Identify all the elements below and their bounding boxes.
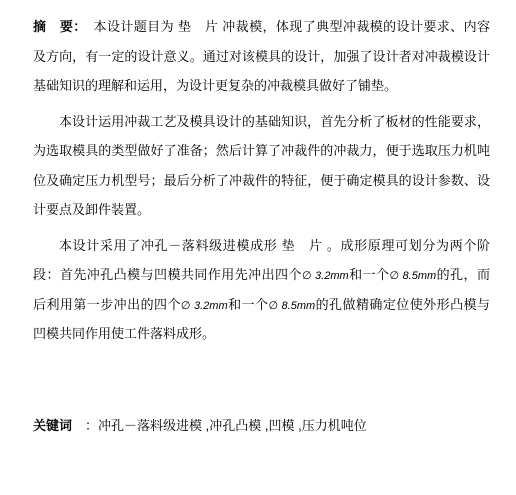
abstract-p1-line2: 及方向，有一定的设计意义。通过对该模具的设计，加强了设计者对冲裁模设计 <box>33 42 490 72</box>
keywords-label: 关键词 <box>33 418 72 433</box>
abstract-paragraph-3: 本设计采用了冲孔－落料级进模成形 垫 片 。成形原理可划分为两个阶 段：首先冲孔… <box>33 231 490 349</box>
abstract-p1-line1: 摘 要： 本设计题目为 垫 片 冲裁模，体现了典型冲裁模的设计要求、内容 <box>33 12 490 42</box>
keywords-separator: ： <box>72 418 98 433</box>
abstract-p3-line4: 凹模共同作用使工件落料成形。 <box>33 319 490 349</box>
abstract-p1-line1-text: 本设计题目为 垫 片 冲裁模，体现了典型冲裁模的设计要求、内容 <box>80 19 490 34</box>
diameter-value-3-2mm: ∅ 3.2mm <box>302 270 349 282</box>
diameter-value-8-5mm: ∅ 8.5mm <box>389 270 436 282</box>
abstract-label: 摘 要： <box>33 19 80 34</box>
abstract-p2-line4: 计要点及卸件装置。 <box>33 195 490 225</box>
diameter-value-8-5mm: ∅ 8.5mm <box>268 300 315 312</box>
abstract-page-content: 摘 要： 本设计题目为 垫 片 冲裁模，体现了典型冲裁模的设计要求、内容 及方向… <box>33 12 490 440</box>
abstract-p3-line2-b: 和一个 <box>349 267 390 282</box>
diameter-value-3-2mm: ∅ 3.2mm <box>181 300 228 312</box>
abstract-paragraph-1: 摘 要： 本设计题目为 垫 片 冲裁模，体现了典型冲裁模的设计要求、内容 及方向… <box>33 12 490 101</box>
abstract-p2-line1: 本设计运用冲裁工艺及模具设计的基础知识，首先分析了板材的性能要求， <box>33 107 490 137</box>
abstract-p3-line2: 段：首先冲孔凸模与凹模共同作用先冲出四个∅ 3.2mm和一个∅ 8.5mm的孔，… <box>33 260 490 290</box>
abstract-p3-line3-b: 和一个 <box>228 297 269 312</box>
keywords-text: 冲孔－落料级进模 ,冲孔凸模 ,凹模 ,压力机吨位 <box>98 418 367 433</box>
abstract-p3-line3-a: 后利用第一步冲出的四个 <box>33 297 181 312</box>
keywords-row: 关键词 ：冲孔－落料级进模 ,冲孔凸模 ,凹模 ,压力机吨位 <box>33 411 490 441</box>
abstract-p3-line3: 后利用第一步冲出的四个∅ 3.2mm和一个∅ 8.5mm的孔做精确定位使外形凸模… <box>33 290 490 320</box>
abstract-p3-line2-c: 的孔，而 <box>436 267 490 282</box>
abstract-p2-line2: 为选取模具的类型做好了准备；然后计算了冲裁件的冲裁力，便于选取压力机吨 <box>33 136 490 166</box>
abstract-p3-line3-c: 的孔做精确定位使外形凸模与 <box>315 297 490 312</box>
abstract-p3-line1: 本设计采用了冲孔－落料级进模成形 垫 片 。成形原理可划分为两个阶 <box>33 231 490 261</box>
abstract-p2-line3: 位及确定压力机型号；最后分析了冲裁件的特征，便于确定模具的设计参数、设 <box>33 166 490 196</box>
abstract-paragraph-2: 本设计运用冲裁工艺及模具设计的基础知识，首先分析了板材的性能要求， 为选取模具的… <box>33 107 490 225</box>
abstract-p1-line3: 基础知识的理解和运用，为设计更复杂的冲裁模具做好了铺垫。 <box>33 71 490 101</box>
abstract-p3-line2-a: 段：首先冲孔凸模与凹模共同作用先冲出四个 <box>33 267 302 282</box>
